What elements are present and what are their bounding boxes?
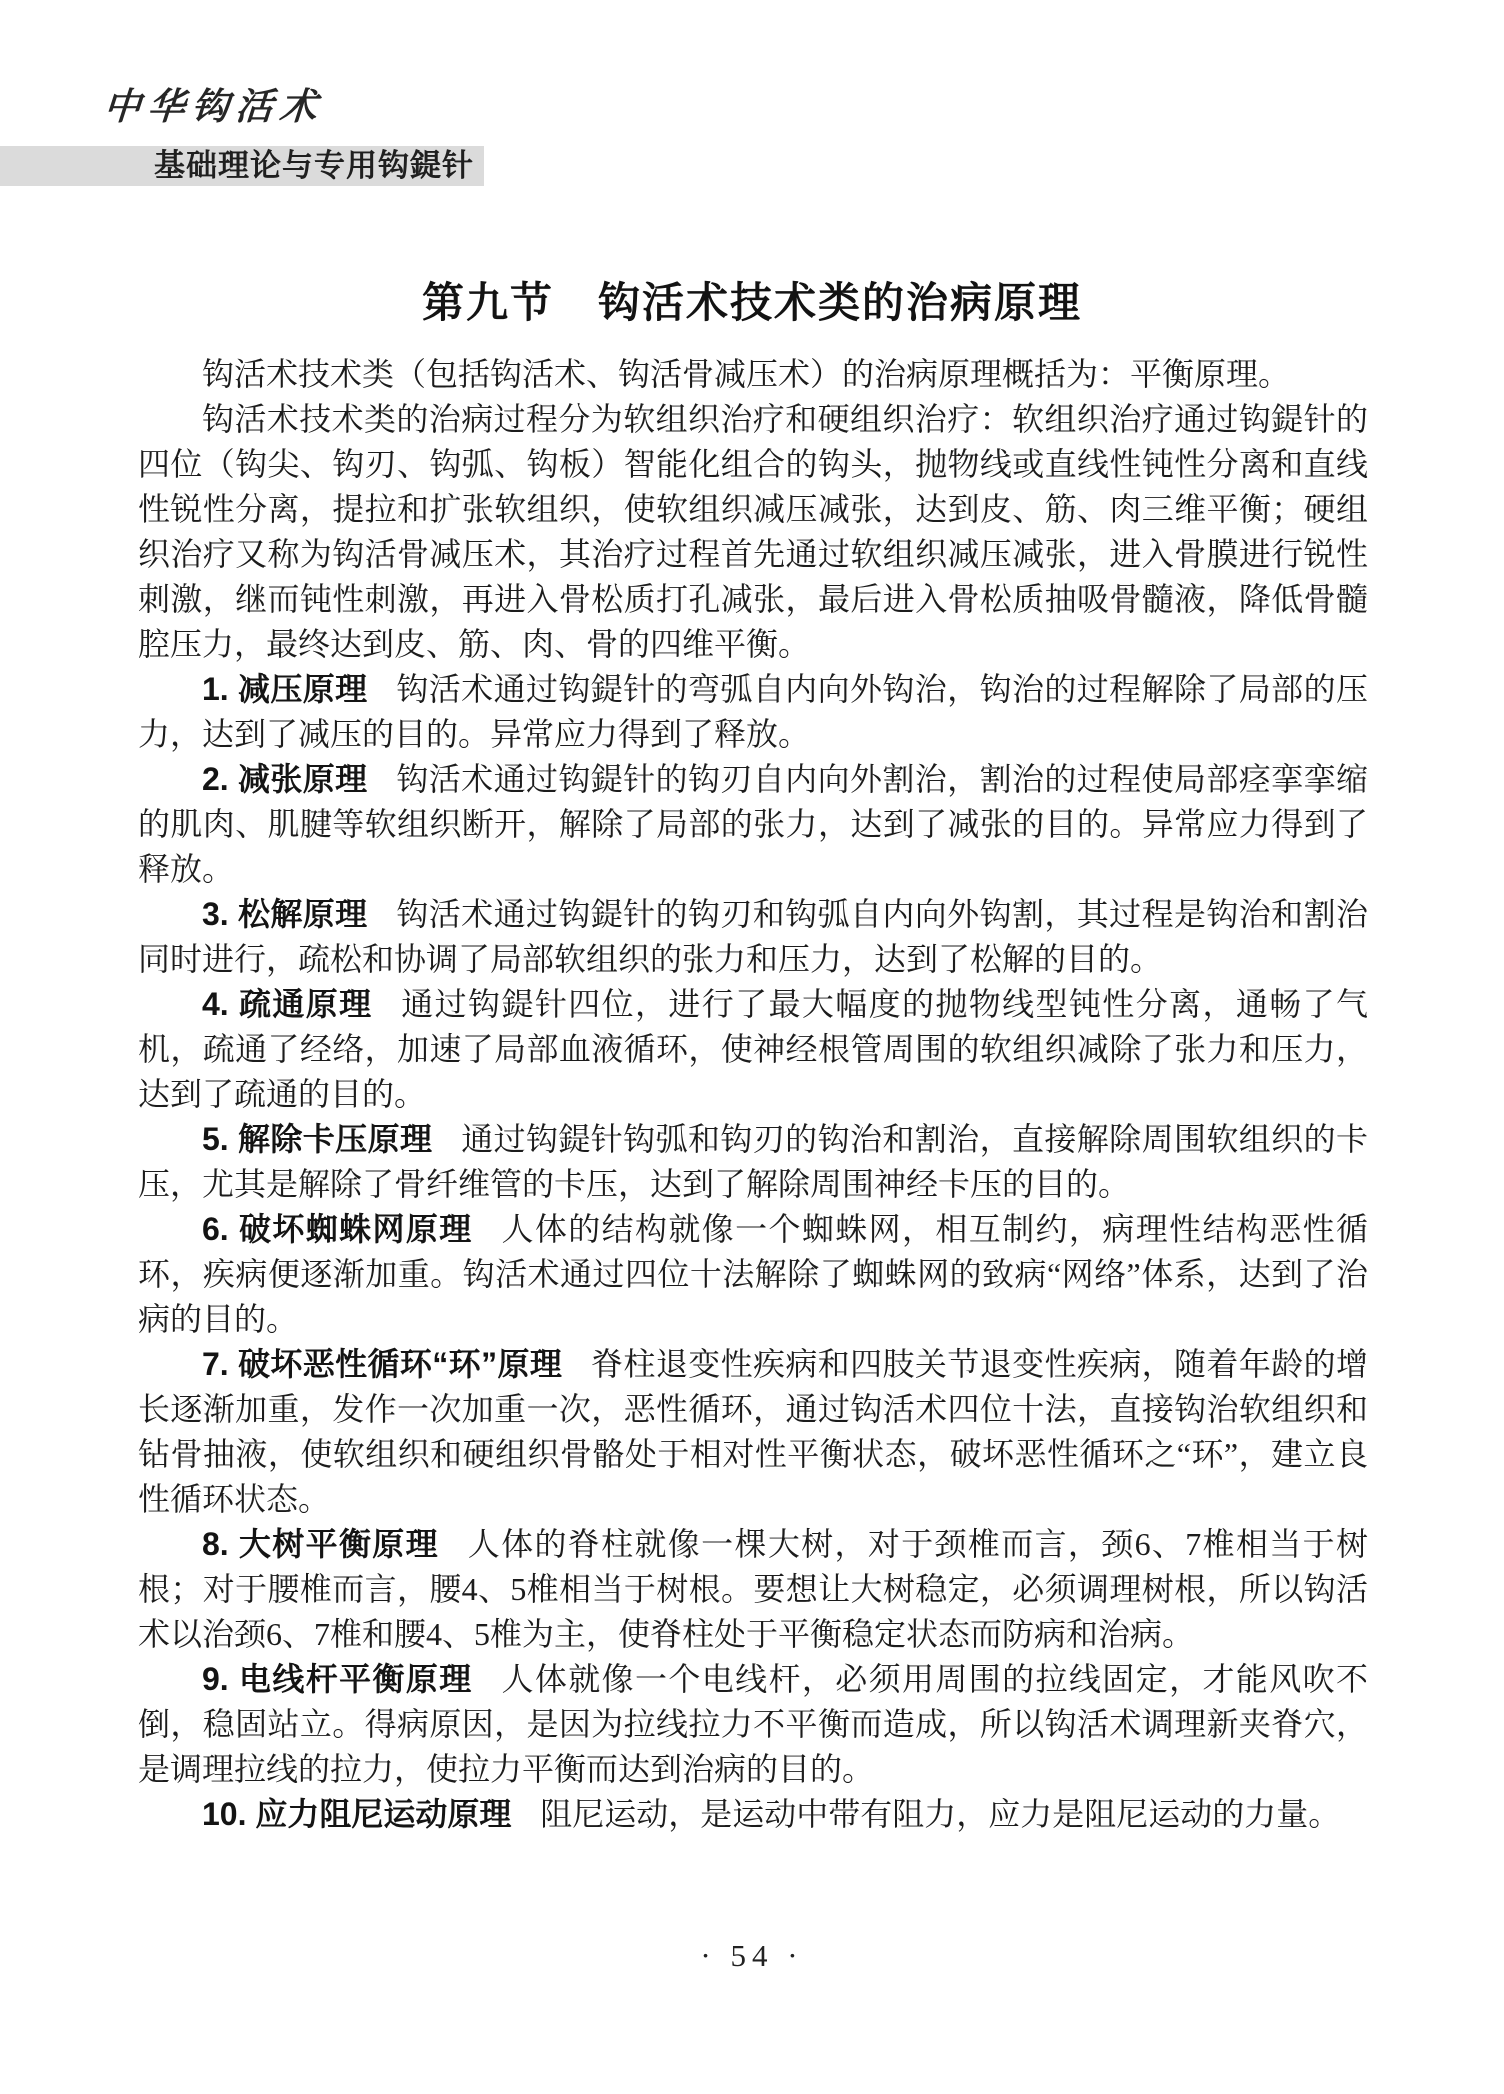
item-label: 2. 减张原理	[202, 761, 368, 797]
item-label: 8. 大树平衡原理	[202, 1526, 439, 1562]
paragraph-text: 钩活术技术类的治病过程分为软组织治疗和硬组织治疗：软组织治疗通过钩鍉针的四位（钩…	[138, 401, 1368, 662]
item-label: 1. 减压原理	[202, 671, 368, 707]
body-text: 钩活术技术类（包括钩活术、钩活骨减压术）的治病原理概括为：平衡原理。 钩活术技术…	[138, 352, 1368, 1837]
paragraph: 10. 应力阻尼运动原理阻尼运动，是运动中带有阻力，应力是阻尼运动的力量。	[138, 1792, 1368, 1837]
paragraph: 3. 松解原理钩活术通过钩鍉针的钩刃和钩弧自内向外钩割，其过程是钩治和割治同时进…	[138, 892, 1368, 982]
chapter-title: 第九节 钩活术技术类的治病原理	[0, 270, 1504, 330]
item-label: 3. 松解原理	[202, 896, 368, 932]
paragraph: 6. 破坏蜘蛛网原理人体的结构就像一个蜘蛛网，相互制约，病理性结构恶性循环，疾病…	[138, 1207, 1368, 1342]
series-title: 基础理论与专用钩鍉针	[154, 146, 484, 186]
item-label: 5. 解除卡压原理	[202, 1121, 432, 1157]
series-title-bar: 基础理论与专用钩鍉针	[0, 146, 484, 186]
item-label: 4. 疏通原理	[202, 986, 373, 1022]
paragraph: 5. 解除卡压原理通过钩鍉针钩弧和钩刃的钩治和割治，直接解除周围软组织的卡压，尤…	[138, 1117, 1368, 1207]
paragraph: 4. 疏通原理通过钩鍉针四位，进行了最大幅度的抛物线型钝性分离，通畅了气机，疏通…	[138, 982, 1368, 1117]
page-number: · 54 ·	[0, 1938, 1504, 1974]
item-label: 9. 电线杆平衡原理	[202, 1661, 473, 1697]
book-brand-calligraphy: 中华钩活术	[102, 76, 326, 130]
paragraph: 1. 减压原理钩活术通过钩鍉针的弯弧自内向外钩治，钩治的过程解除了局部的压力，达…	[138, 667, 1368, 757]
item-label: 10. 应力阻尼运动原理	[202, 1796, 511, 1832]
paragraph: 钩活术技术类的治病过程分为软组织治疗和硬组织治疗：软组织治疗通过钩鍉针的四位（钩…	[138, 397, 1368, 667]
item-label: 7. 破坏恶性循环“环”原理	[202, 1346, 562, 1382]
paragraph: 钩活术技术类（包括钩活术、钩活骨减压术）的治病原理概括为：平衡原理。	[138, 352, 1368, 397]
paragraph-text: 阻尼运动，是运动中带有阻力，应力是阻尼运动的力量。	[540, 1796, 1340, 1832]
paragraph: 9. 电线杆平衡原理人体就像一个电线杆，必须用周围的拉线固定，才能风吹不倒，稳固…	[138, 1657, 1368, 1792]
book-page: 中华钩活术 基础理论与专用钩鍉针 第九节 钩活术技术类的治病原理 钩活术技术类（…	[0, 0, 1504, 2094]
paragraph: 7. 破坏恶性循环“环”原理脊柱退变性疾病和四肢关节退变性疾病，随着年龄的增长逐…	[138, 1342, 1368, 1522]
paragraph-text: 钩活术技术类（包括钩活术、钩活骨减压术）的治病原理概括为：平衡原理。	[202, 356, 1290, 392]
paragraph: 2. 减张原理钩活术通过钩鍉针的钩刃自内向外割治，割治的过程使局部痉挛挛缩的肌肉…	[138, 757, 1368, 892]
item-label: 6. 破坏蜘蛛网原理	[202, 1211, 473, 1247]
paragraph: 8. 大树平衡原理人体的脊柱就像一棵大树，对于颈椎而言，颈6、7椎相当于树根；对…	[138, 1522, 1368, 1657]
